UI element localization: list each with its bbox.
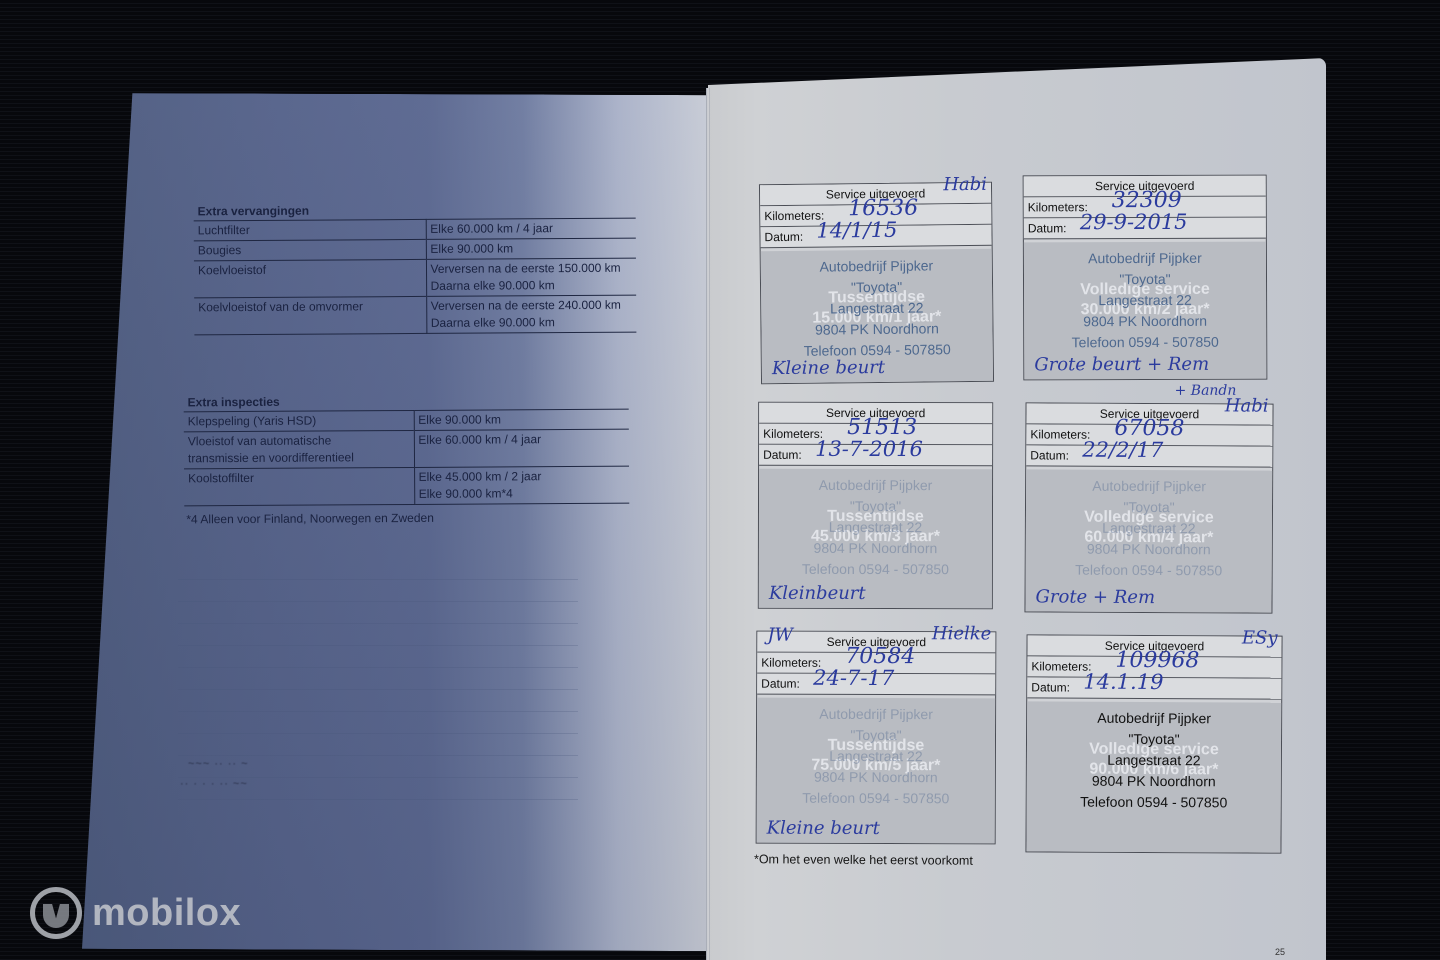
km-value: 109968	[1115, 651, 1199, 671]
date-label: Datum:	[764, 230, 803, 244]
item-cell: Vloeistof van automatischetransmissie en…	[184, 430, 414, 468]
table-row: KoolstoffilterElke 45.000 km / 2 jaarElk…	[184, 466, 629, 506]
extra-vervangingen-table: LuchtfilterElke 60.000 km / 4 jaarBougie…	[194, 218, 637, 336]
extra-inspecties-table: Klepspeling (Yaris HSD)Elke 90.000 kmVlo…	[184, 409, 630, 507]
service-footnote: *Om het even welke het eerst voorkomt	[754, 852, 973, 868]
page-number: 25	[1275, 947, 1285, 957]
date-row: Datum: 14.1.19	[1027, 677, 1281, 699]
dealer-stamp: Autobedrijf Pijpker"Toyota"Langestraat 2…	[761, 255, 993, 362]
table-row: KoelvloeistofVerversen na de eerste 150.…	[194, 258, 636, 298]
km-value: 70584	[845, 647, 915, 667]
extra-inspecties-section: Extra inspecties Klepspeling (Yaris HSD)…	[184, 393, 630, 527]
service-entry: Service uitgevoerd Kilometers: 32309 Dat…	[1023, 175, 1268, 381]
handwritten-note: Grote + Rem	[1035, 586, 1155, 608]
brand-watermark: mobilox	[30, 887, 241, 939]
date-row: Datum: 14/1/15	[760, 225, 991, 248]
table-row: Klepspeling (Yaris HSD)Elke 90.000 km	[184, 409, 629, 432]
interval-cell: Elke 90.000 km	[426, 238, 636, 259]
handwritten-initials: Habi	[943, 175, 987, 195]
date-row: Datum: 29-9-2015	[1024, 218, 1266, 240]
extra-vervangingen-section: Extra vervangingen LuchtfilterElke 60.00…	[194, 202, 637, 336]
dealer-stamp: Autobedrijf Pijpker"Toyota"Langestraat 2…	[759, 475, 992, 580]
table-row: Koelvloeistof van de omvormerVerversen n…	[194, 295, 636, 335]
service-entry: Service uitgevoerd Habi Kilometers: 6705…	[1024, 402, 1273, 613]
book-spine	[706, 88, 710, 960]
item-cell: Koelvloeistof	[194, 259, 426, 297]
service-entry: Service uitgevoerd Kilometers: 51513 Dat…	[758, 402, 993, 609]
handwritten-note: Kleine beurt	[767, 818, 880, 839]
interval-cell: Elke 90.000 km	[414, 409, 629, 430]
item-cell: Luchtfilter	[194, 219, 426, 240]
ink-smudge: ·· · · · ·· ~~	[180, 778, 248, 790]
date-label: Datum:	[761, 677, 800, 691]
stamp-area: Volledige service 30.000 km/2 jaar* Auto…	[1024, 242, 1266, 380]
interval-cell: Elke 60.000 km / 4 jaar	[414, 429, 629, 467]
stamp-area: Tussentijdse 45.000 km/3 jaar* Autobedri…	[759, 469, 992, 608]
table-row: Vloeistof van automatischetransmissie en…	[184, 429, 629, 469]
date-label: Datum:	[1030, 448, 1069, 462]
dealer-stamp: Autobedrijf Pijpker"Toyota"Langestraat 2…	[1024, 248, 1266, 354]
stamp-area: Tussentijdse 15.000 km/1 jaar* Autobedri…	[761, 249, 993, 383]
date-value: 24-7-17	[813, 668, 894, 688]
handwritten-note: Grote beurt + Rem	[1034, 354, 1209, 376]
date-row: Datum: 22/2/17	[1026, 445, 1272, 467]
footnote: *4 Alleen voor Finland, Noorwegen en Zwe…	[184, 510, 629, 527]
service-entry: Service uitgevoerd ESy Kilometers: 10996…	[1025, 634, 1282, 853]
interval-cell: Elke 45.000 km / 2 jaarElke 90.000 km*4	[414, 466, 629, 504]
item-cell: Bougies	[194, 239, 426, 260]
item-cell: Koolstoffilter	[184, 467, 414, 505]
km-value: 16536	[848, 199, 918, 220]
km-value: 67058	[1114, 419, 1184, 439]
date-value: 14/1/15	[816, 220, 897, 241]
service-entry: JW Service uitgevoerd Hielke Kilometers:…	[756, 631, 997, 845]
handwritten-prefix: JW	[767, 626, 793, 646]
date-value: 13-7-2016	[815, 439, 923, 459]
handwritten-note: Kleine beurt	[772, 357, 885, 379]
table-row: LuchtfilterElke 60.000 km / 4 jaar	[194, 218, 636, 241]
km-value: 51513	[847, 418, 917, 438]
date-value: 14.1.19	[1083, 672, 1163, 692]
brand-name: mobilox	[92, 892, 241, 935]
handwritten-note: Kleinbeurt	[769, 583, 866, 604]
stamp-area: Tussentijdse 75.000 km/5 jaar* Autobedri…	[757, 698, 996, 844]
stamp-area: Volledige service 90.000 km/6 jaar* Auto…	[1026, 701, 1281, 852]
table-row: BougiesElke 90.000 km	[194, 238, 636, 261]
handwritten-initials: ESy	[1242, 628, 1278, 648]
interval-cell: Verversen na de eerste 150.000 kmDaarna …	[426, 258, 636, 296]
item-cell: Klepspeling (Yaris HSD)	[184, 410, 414, 431]
handwritten-initials: Hielke	[932, 624, 992, 644]
date-value: 29-9-2015	[1080, 212, 1188, 232]
dealer-stamp: Autobedrijf Pijpker"Toyota"Langestraat 2…	[757, 704, 995, 810]
ink-smudge: ~~~ ·· ·· ~	[188, 758, 249, 770]
dealer-stamp: Autobedrijf Pijpker"Toyota"Langestraat 2…	[1027, 707, 1282, 813]
section-title: Extra vervangingen	[194, 202, 636, 219]
date-label: Datum:	[1028, 221, 1067, 235]
dealer-stamp: Autobedrijf Pijpker"Toyota"Langestraat 2…	[1026, 475, 1273, 581]
stamp-area: Volledige service 60.000 km/4 jaar* Auto…	[1025, 469, 1272, 612]
service-entry: Service uitgevoerd Habi Kilometers: 1653…	[759, 182, 994, 384]
item-cell: Koelvloeistof van de omvormer	[194, 296, 426, 334]
date-row: Datum: 24-7-17	[757, 674, 995, 696]
date-row: Datum: 13-7-2016	[759, 445, 992, 466]
section-title: Extra inspecties	[184, 393, 629, 410]
date-value: 22/2/17	[1082, 440, 1163, 460]
date-label: Datum:	[763, 448, 802, 462]
date-label: Datum:	[1031, 680, 1070, 694]
interval-cell: Verversen na de eerste 240.000 kmDaarna …	[426, 295, 636, 333]
mobilox-logo-icon	[30, 887, 82, 939]
handwritten-initials: Habi	[1225, 396, 1269, 416]
interval-cell: Elke 60.000 km / 4 jaar	[426, 218, 636, 239]
km-value: 32309	[1112, 191, 1182, 211]
